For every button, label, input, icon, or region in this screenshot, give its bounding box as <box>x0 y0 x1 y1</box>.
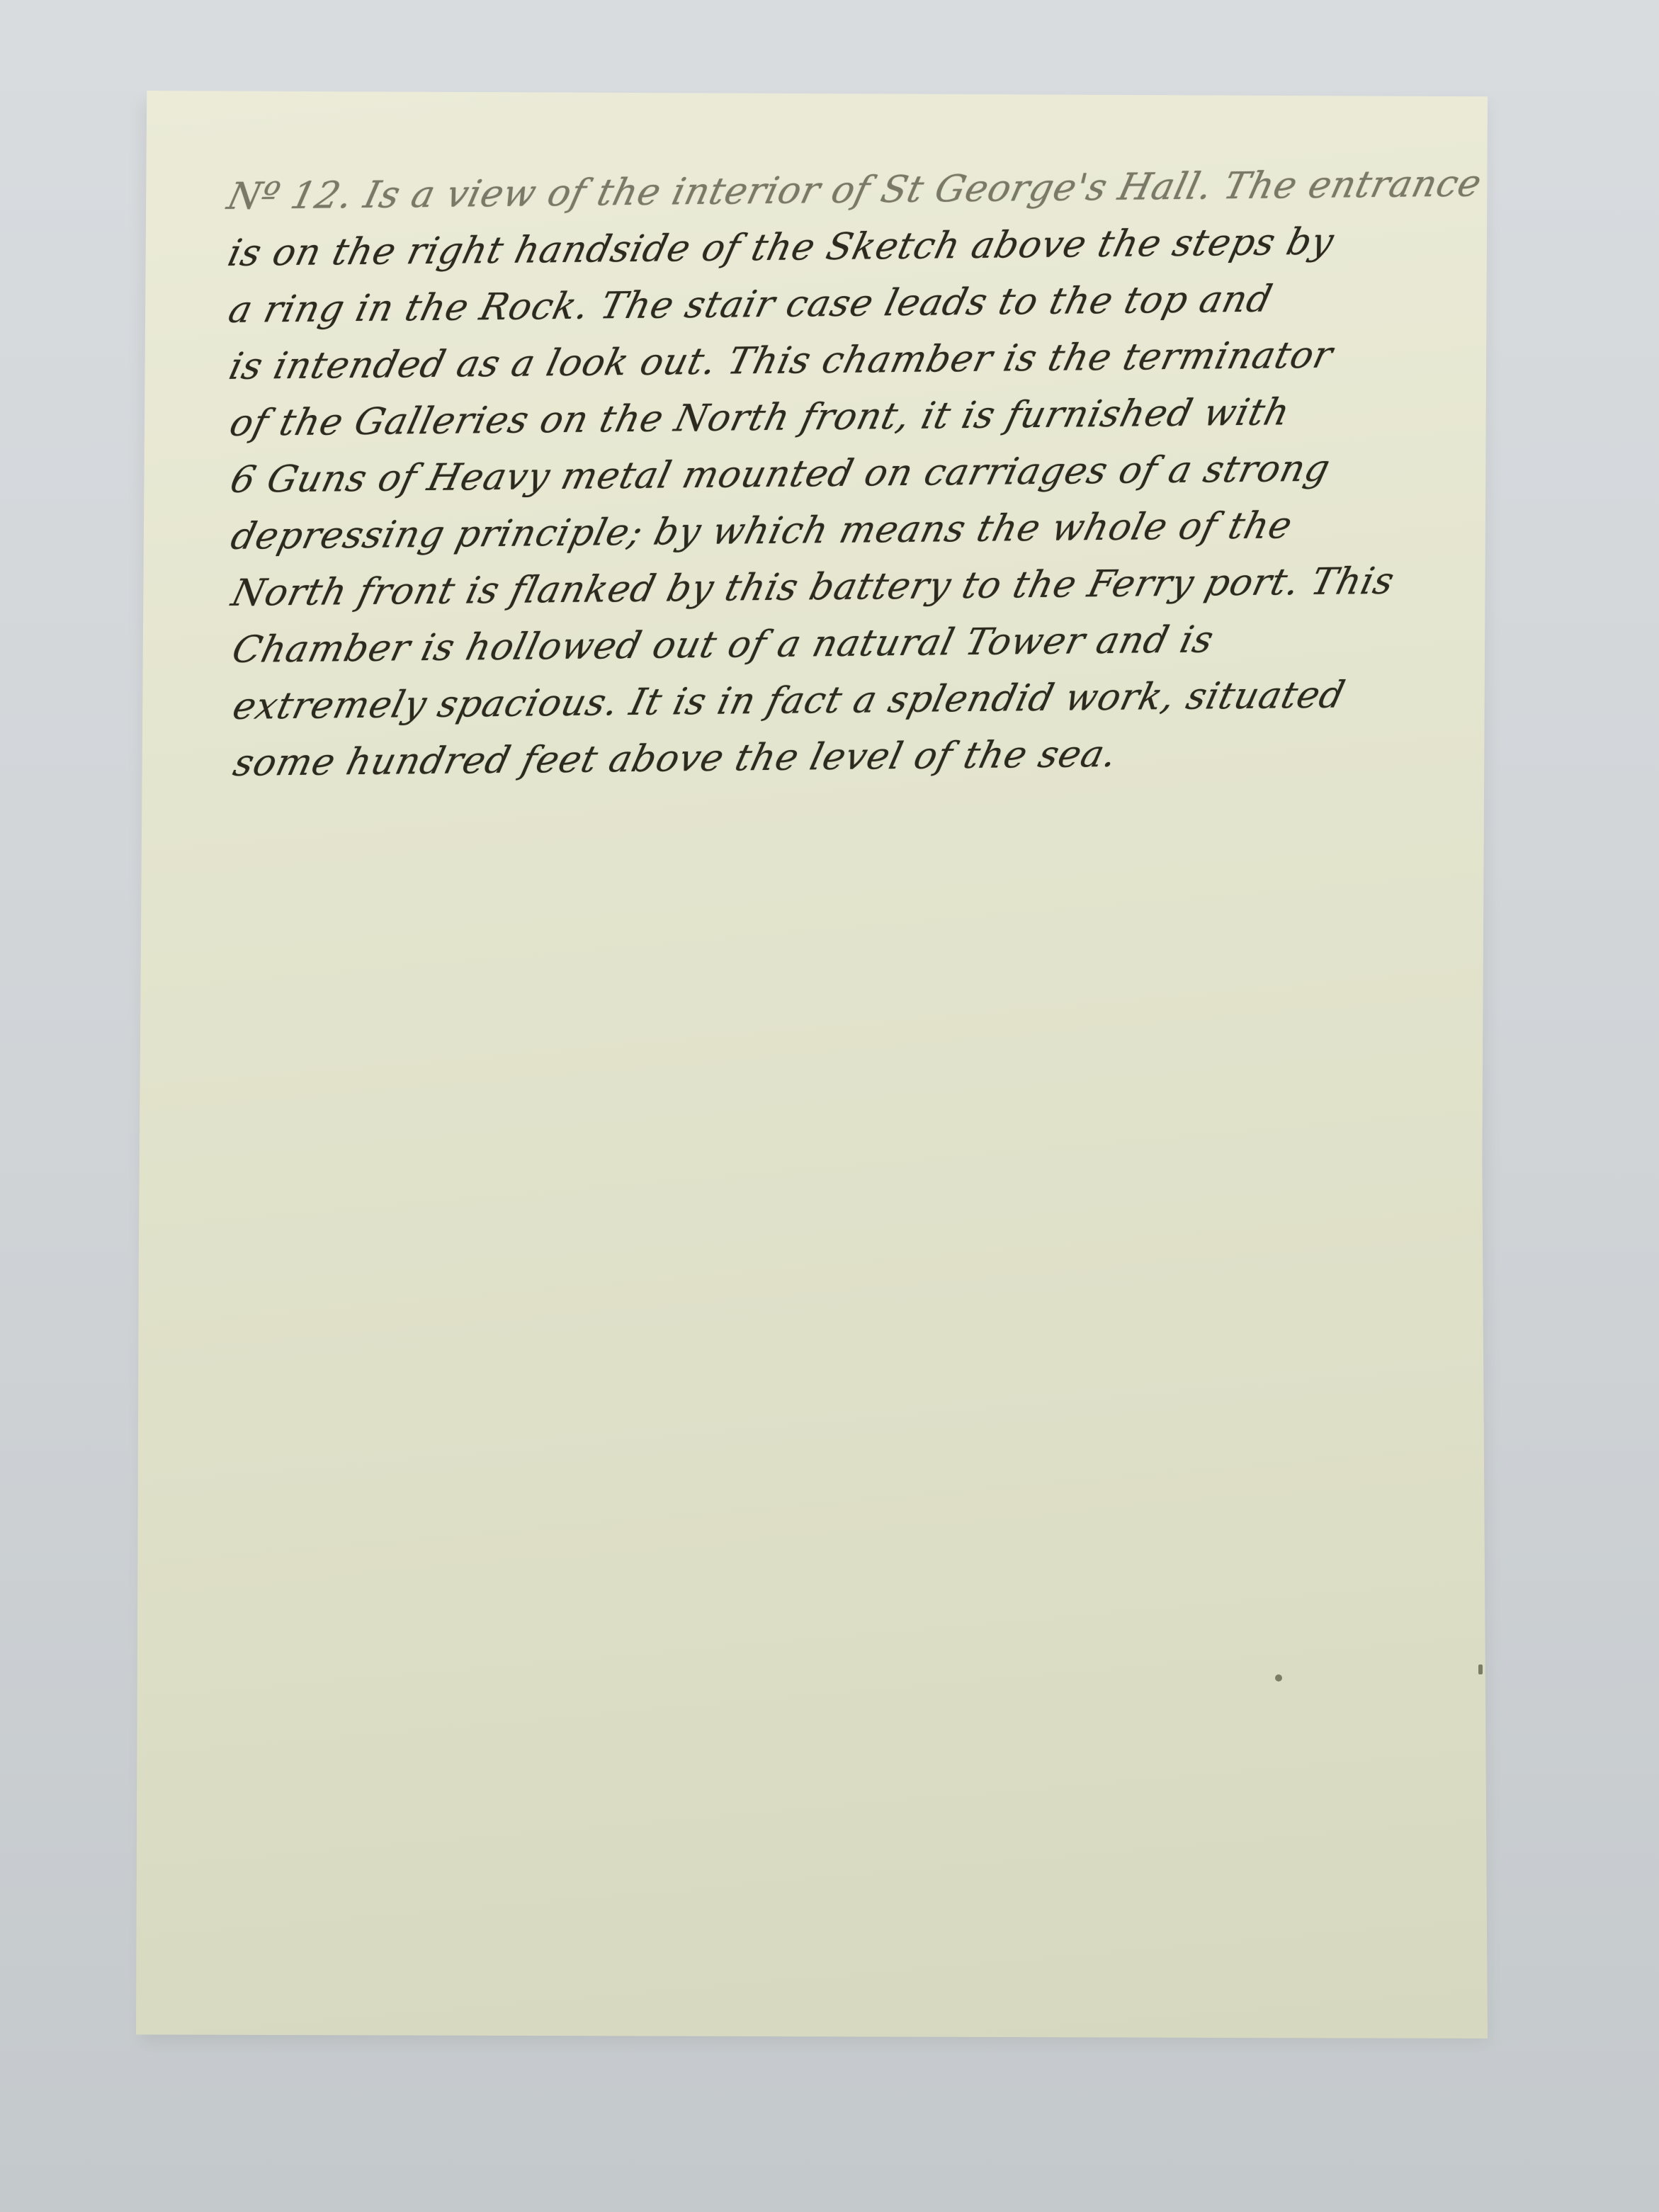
text-line-11: some hundred feet above the level of the… <box>227 722 1459 792</box>
ink-spot <box>1275 1674 1282 1681</box>
handwritten-text-block: Nº 12. Is a view of the interior of St G… <box>221 156 1446 792</box>
paper-nick <box>1478 1664 1483 1674</box>
manuscript-page: Nº 12. Is a view of the interior of St G… <box>136 91 1488 2038</box>
